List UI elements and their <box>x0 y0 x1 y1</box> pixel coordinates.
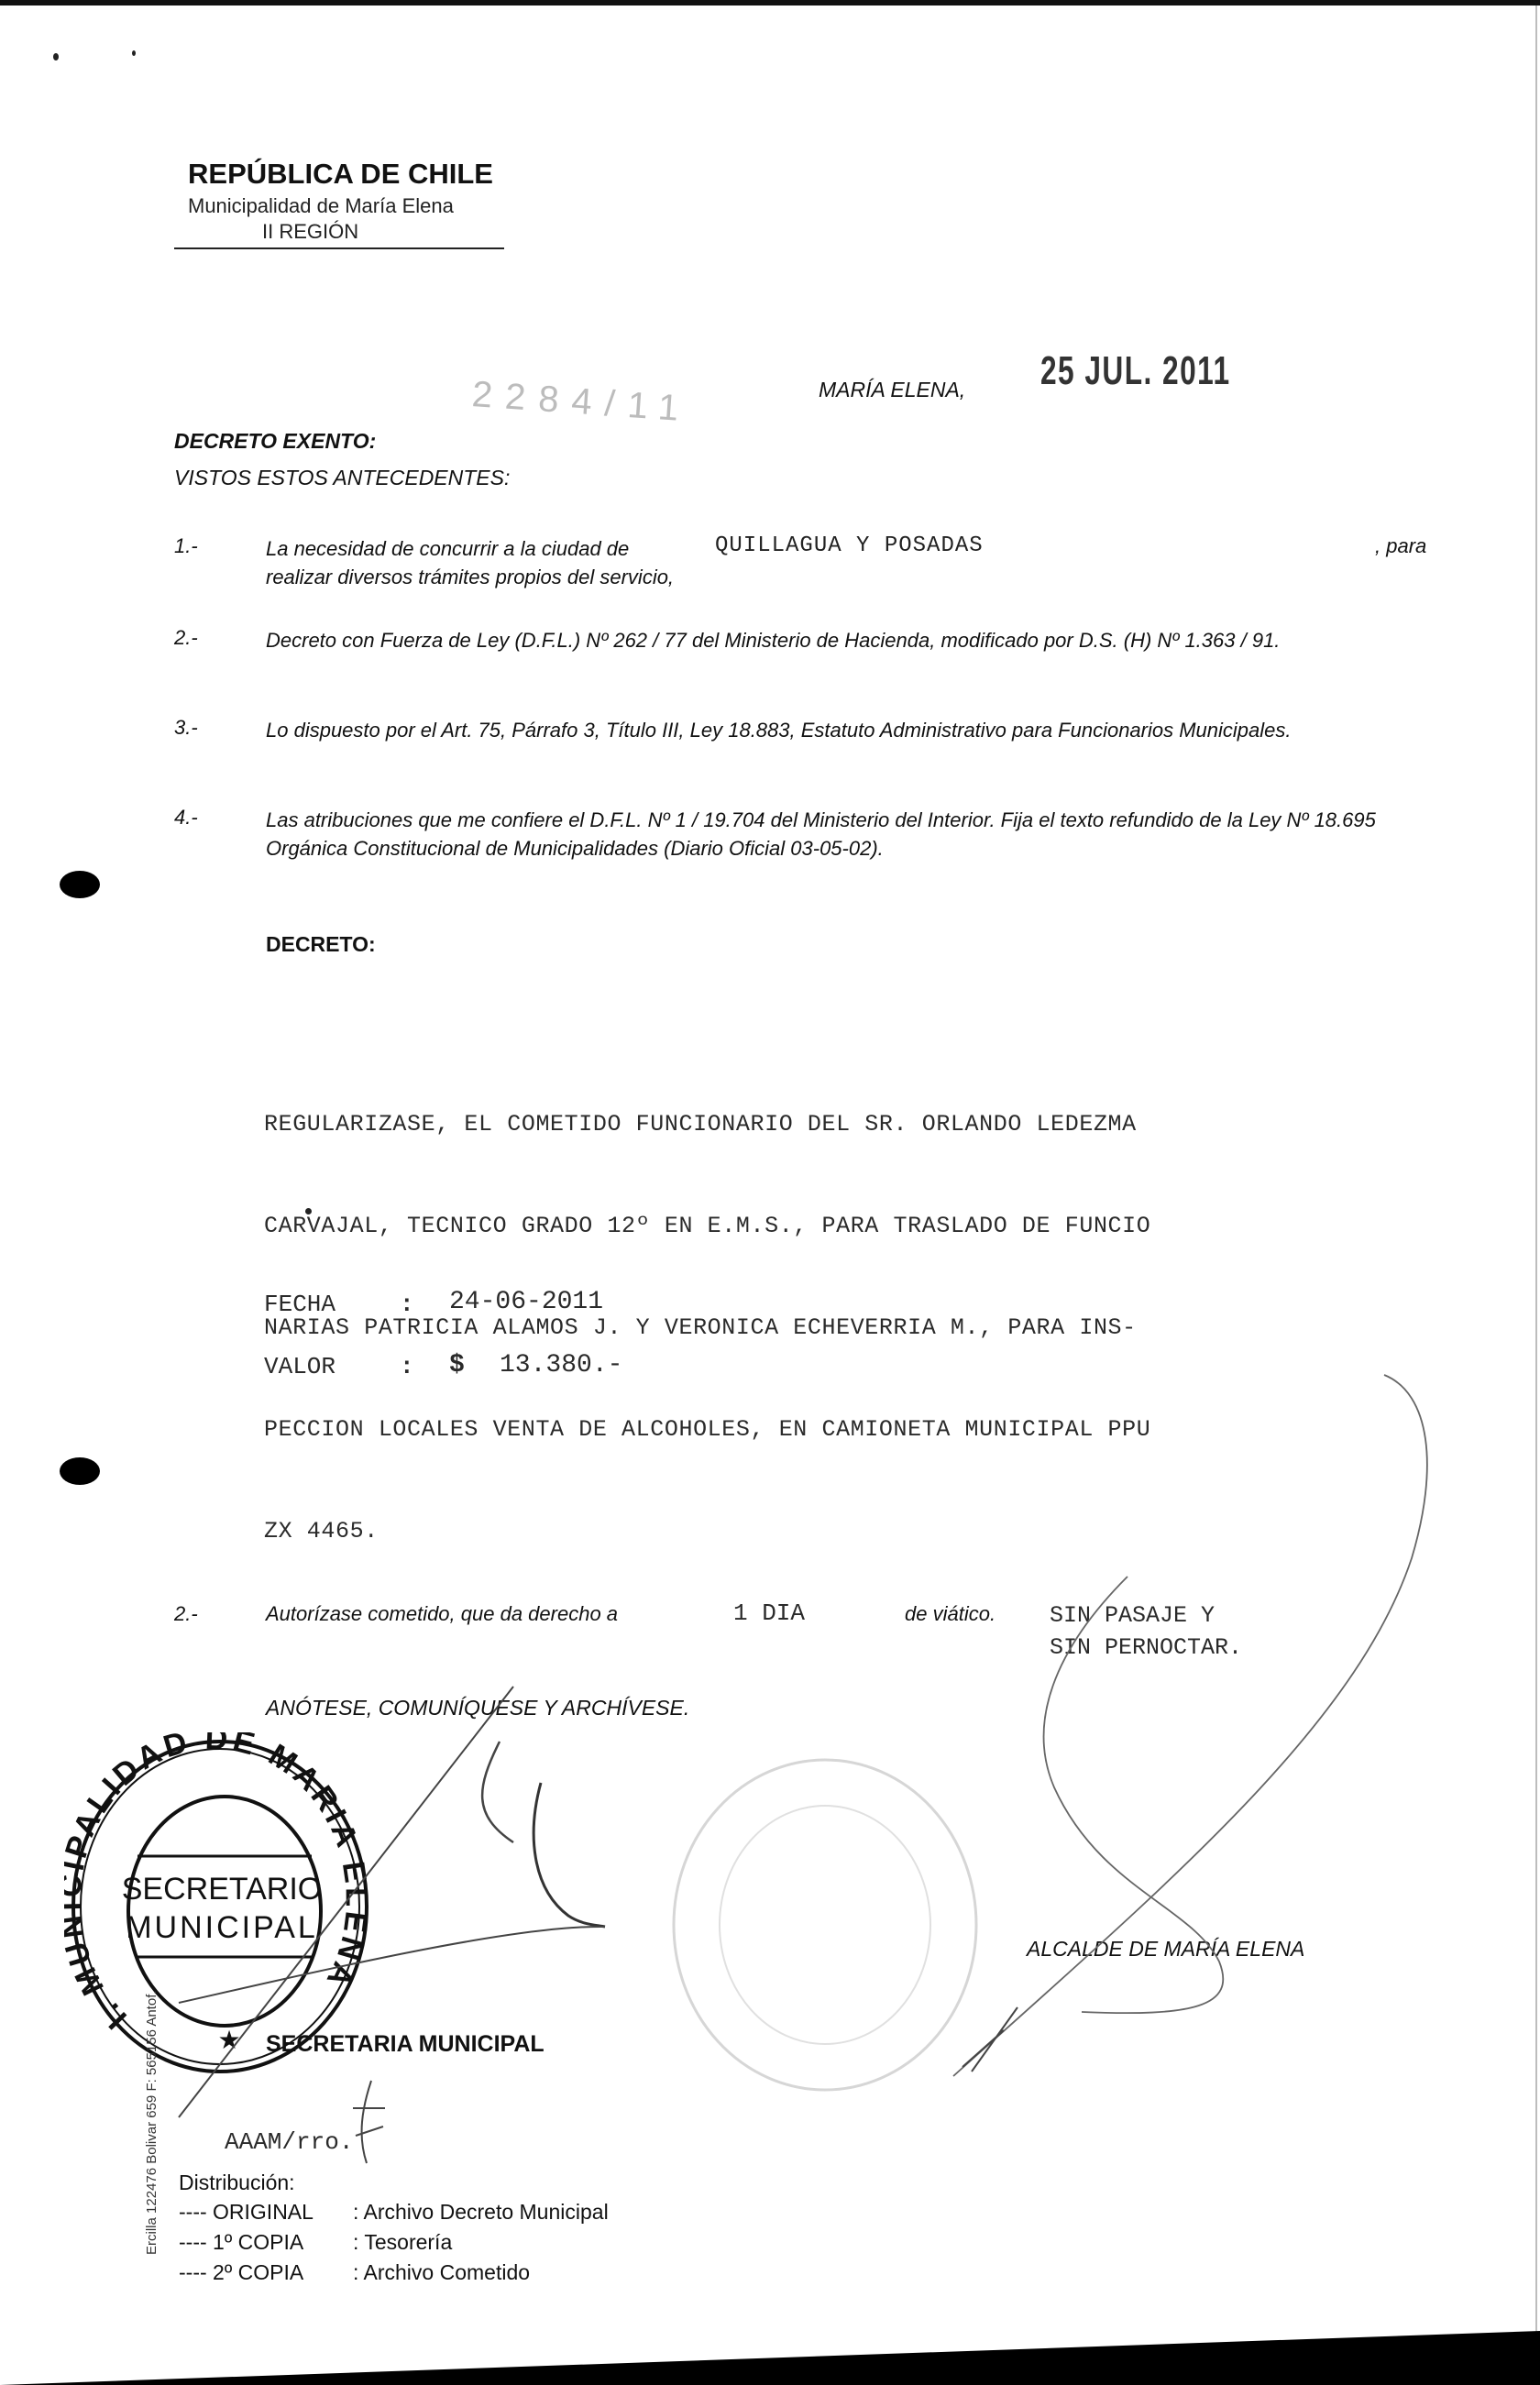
resolution-line: NARIAS PATRICIA ALAMOS J. Y VERONICA ECH… <box>264 1311 1456 1345</box>
resolution-heading: DECRETO: <box>266 932 376 957</box>
article2-viatico: de viático. <box>905 1602 995 1626</box>
distribution-destination: : Archivo Cometido <box>353 2260 530 2285</box>
article2-days: 1 DIA <box>733 1599 805 1627</box>
header-divider <box>174 247 504 249</box>
distribution-copy: ---- 2º COPIA <box>179 2260 303 2285</box>
seal-center-line1: SECRETARIO <box>122 1872 323 1907</box>
punch-hole <box>60 1457 100 1485</box>
resolution-line: ZX 4465. <box>264 1514 1456 1548</box>
typed-dot <box>305 1208 312 1214</box>
consideration-number: 4.- <box>174 806 198 830</box>
municipal-seal: I. MUNICIPALIDAD DE MARIA ELENA SECRETAR… <box>64 1732 376 2081</box>
consideration-text: Decreto con Fuerza de Ley (D.F.L.) Nº 26… <box>266 626 1421 654</box>
place-label: MARÍA ELENA, <box>819 378 965 402</box>
closing-formula: ANÓTESE, COMUNÍQUESE Y ARCHÍVESE. <box>266 1696 689 1720</box>
valor-value: 13.380.- <box>500 1351 622 1379</box>
valor-label: VALOR <box>264 1353 335 1380</box>
article2-number: 2.- <box>174 1602 198 1626</box>
region-label: II REGIÓN <box>262 220 358 244</box>
consideration-number: 2.- <box>174 626 198 650</box>
resolution-line: CARVAJAL, TECNICO GRADO 12º EN E.M.S., P… <box>264 1209 1456 1243</box>
decree-type-label: DECRETO EXENTO: <box>174 429 376 454</box>
distribution-copy: ---- 1º COPIA <box>179 2230 303 2255</box>
consideration-number: 3.- <box>174 716 198 740</box>
decree-number-stamp: 2284/11 <box>470 374 692 431</box>
scan-top-border <box>0 0 1540 5</box>
article2-conditions: SIN PASAJE Y SIN PERNOCTAR. <box>1050 1599 1242 1664</box>
fecha-value: 24-06-2011 <box>449 1288 603 1316</box>
date-stamp: 25 JUL. 2011 <box>1040 348 1231 394</box>
scan-speck <box>132 50 136 56</box>
consideration-text-line2: realizar diversos trámites propios del s… <box>266 566 674 588</box>
consideration-number: 1.- <box>174 534 198 558</box>
considerations-heading: VISTOS ESTOS ANTECEDENTES: <box>174 466 510 490</box>
valor-currency: $ <box>449 1351 465 1379</box>
secretary-signature-label: SECRETARIA MUNICIPAL <box>266 2031 544 2058</box>
distribution-destination: : Archivo Decreto Municipal <box>353 2200 609 2225</box>
scan-speck <box>53 53 59 60</box>
punch-hole <box>60 871 100 898</box>
valor-separator: : <box>400 1353 414 1380</box>
scan-right-edge <box>1535 5 1537 2352</box>
typist-initials: AAAM/rro. <box>225 2128 353 2156</box>
article2-text: Autorízase cometido, que da derecho a <box>266 1602 618 1626</box>
distribution-destination: : Tesorería <box>353 2230 452 2255</box>
consideration-text: Lo dispuesto por el Art. 75, Párrafo 3, … <box>266 716 1402 744</box>
resolution-line: REGULARIZASE, EL COMETIDO FUNCIONARIO DE… <box>264 1107 1456 1141</box>
country-title: REPÚBLICA DE CHILE <box>188 158 493 191</box>
fecha-label: FECHA <box>264 1291 335 1318</box>
resolution-line: PECCION LOCALES VENTA DE ALCOHOLES, EN C… <box>264 1412 1456 1446</box>
consideration-text-before: La necesidad de concurrir a la ciudad de <box>266 537 629 560</box>
municipality-name: Municipalidad de María Elena <box>188 194 454 218</box>
resolution-body: REGULARIZASE, EL COMETIDO FUNCIONARIO DE… <box>264 1039 1456 1582</box>
mayor-signature-label: ALCALDE DE MARÍA ELENA <box>1027 1937 1304 1962</box>
distribution-copy: ---- ORIGINAL <box>179 2200 313 2225</box>
consideration-text: Las atribuciones que me confiere el D.F.… <box>266 806 1421 863</box>
seal-center-line2: MUNICIPAL <box>126 1910 318 1945</box>
fecha-separator: : <box>400 1291 414 1318</box>
consideration-text-after: , para <box>1375 534 1426 558</box>
destination-typed: QUILLAGUA Y POSADAS <box>715 533 984 558</box>
printer-imprint: Ercilla 122476 Bolivar 659 F: 565156 Ant… <box>144 1990 159 2255</box>
seal-star-icon: ★ <box>217 2025 240 2055</box>
distribution-heading: Distribución: <box>179 2171 295 2195</box>
